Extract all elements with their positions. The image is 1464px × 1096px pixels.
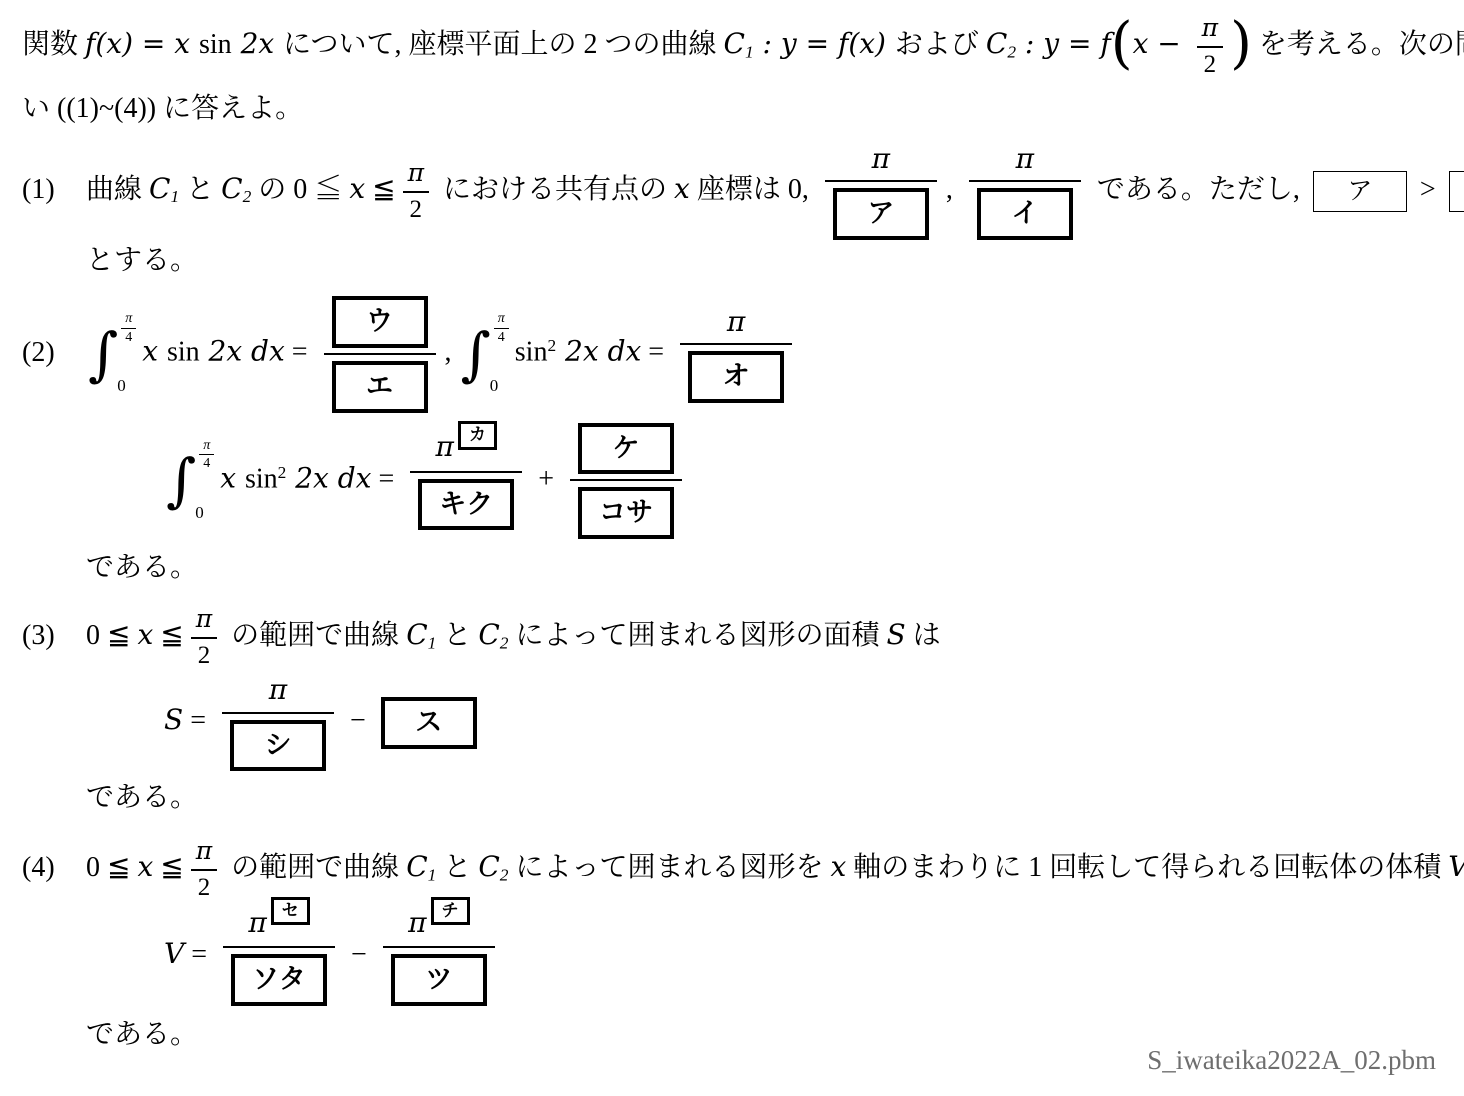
curve-c1: C	[406, 618, 427, 651]
curve-c2-subscript: 2	[243, 188, 252, 207]
intro-line-2: い ((1)~(4)) に答えよ。	[22, 90, 1442, 128]
integral-limits: π40	[121, 310, 136, 398]
p4-hanni: の範囲で曲線	[224, 852, 406, 883]
curve-c1-subscript: 1	[745, 43, 754, 62]
denominator-box: イ	[969, 180, 1081, 240]
integral-upper-limit: π4	[121, 310, 136, 345]
integral-lower-limit: 0	[117, 375, 136, 398]
answer-box-i: イ	[977, 188, 1073, 240]
variable-x: x	[137, 618, 153, 651]
variable-V: V	[1448, 850, 1464, 883]
comma: ,	[445, 337, 459, 368]
sin-squared-exponent: 2	[278, 463, 287, 482]
answer-box-e: エ	[332, 361, 428, 413]
exam-page: 関数 f(x) = x sin 2x について, 座標平面上の 2 つの曲線 C…	[0, 0, 1464, 1096]
comma: ,	[946, 174, 960, 205]
p1-no: の	[251, 174, 293, 205]
p1-to: と	[179, 174, 221, 205]
numerator-pi-pow-se: πセ	[223, 907, 335, 946]
integrand-tail: 2x dx	[200, 335, 285, 368]
answer-box-shi: シ	[230, 720, 326, 772]
fraction-denominator-2: 2	[191, 869, 217, 903]
p3-kakomareru: によって囲まれる図形の面積	[508, 620, 886, 651]
problem-1-label: (1)	[22, 171, 86, 209]
inequality-pre: 0 ≦	[86, 620, 137, 651]
answer-box-se: セ	[271, 897, 310, 925]
fraction-pi-over-shi: πシ	[222, 674, 334, 771]
equals: =	[285, 337, 315, 368]
curve-c1-subscript: 1	[170, 188, 179, 207]
integrand-tail: 2x dx	[286, 461, 371, 494]
problem-2-line-2: ∫π40x sin2 2x dx = πカキク + ケコサ	[22, 423, 1442, 540]
numerator-pi: π	[969, 143, 1081, 180]
integral-icon: ∫	[166, 453, 196, 508]
equals: =	[641, 337, 671, 368]
integral-2: ∫π40	[461, 310, 509, 398]
limit-fraction-pi-over-4: π4	[199, 438, 214, 472]
p4-to: と	[436, 852, 478, 883]
answer-box-tsu: ツ	[391, 954, 487, 1006]
inequality-post: ≦	[153, 852, 183, 883]
fraction-pi-over-2: π2	[191, 837, 217, 903]
variable-S: S	[886, 618, 905, 651]
curve-c2: C	[478, 850, 499, 883]
inequality-pre: 0 ≦	[293, 174, 349, 205]
p1-kyokusen: 曲線	[86, 174, 149, 205]
curve-c2: C	[986, 27, 1007, 60]
denominator-box: ソタ	[223, 946, 335, 1006]
fraction-numerator-pi: π	[191, 605, 217, 637]
problem-4-label: (4)	[22, 849, 86, 887]
fraction-numerator-pi: π	[403, 159, 429, 191]
problem-4-line: (4)0 ≦ x ≦π2 の範囲で曲線 C1 と C2 によって囲まれる図形を …	[22, 837, 1442, 903]
integral-upper-limit: π4	[494, 310, 509, 345]
minus: −	[344, 939, 374, 970]
numerator-box: ケ	[570, 423, 682, 480]
p1-tadashi: である。ただし,	[1090, 174, 1307, 205]
curve-c2-subscript: 2	[1007, 43, 1016, 62]
intro-about: について, 座標平面上の 2 つの曲線	[283, 29, 723, 60]
answer-box-ke: ケ	[578, 423, 674, 475]
limit-4: 4	[494, 328, 509, 345]
integral-icon: ∫	[88, 327, 118, 382]
integrand-x: x	[220, 461, 245, 494]
p4-kakomareru: によって囲まれる図形を	[508, 852, 830, 883]
ref-box-a: ア	[1313, 171, 1407, 212]
curve-c1: C	[406, 850, 427, 883]
ref-box-i: イ	[1449, 171, 1464, 212]
intro-kansu: 関数	[22, 29, 85, 60]
function-definition-tail: 2x	[232, 27, 283, 60]
limit-pi: π	[199, 438, 214, 454]
minus: −	[343, 705, 373, 736]
fraction-pi-over-box-i: πイ	[969, 143, 1081, 240]
page-footer-filename: S_iwateika2022A_02.pbm	[1147, 1042, 1436, 1078]
plus: +	[531, 463, 561, 494]
variable-x: x	[137, 850, 153, 883]
equals: =	[183, 705, 213, 736]
problem-4-equation: V = πセソタ − πチツ	[22, 907, 1442, 1006]
p3-wa: は	[906, 620, 941, 651]
fraction-pi-over-2: π2	[403, 159, 429, 225]
numerator-pi: π	[248, 906, 266, 939]
inequality-post: ≦	[365, 174, 395, 205]
numerator-pi: π	[408, 906, 426, 939]
denominator-box: ア	[825, 180, 937, 240]
denominator-box: シ	[222, 712, 334, 772]
equals: =	[184, 939, 214, 970]
fraction-pi-pow-chi-over-tsu: πチツ	[383, 907, 495, 1006]
integrand-x: x	[142, 335, 167, 368]
denominator-box: エ	[324, 353, 436, 413]
p3-to: と	[436, 620, 478, 651]
fraction-denominator-2: 2	[1197, 46, 1223, 80]
denominator-box: ツ	[383, 946, 495, 1006]
variable-S: S	[164, 703, 183, 736]
integral-icon: ∫	[461, 327, 491, 382]
x-minus: x −	[1133, 27, 1190, 60]
limit-4: 4	[121, 328, 136, 345]
integral-1: ∫π40	[88, 310, 136, 398]
limit-pi: π	[121, 311, 136, 327]
p1-zahyo: 座標は 0,	[690, 174, 816, 205]
variable-V: V	[164, 937, 184, 970]
denominator-box: コサ	[570, 479, 682, 539]
integral-lower-limit: 0	[195, 502, 214, 525]
denominator-box: キク	[410, 471, 522, 531]
answer-box-o: オ	[688, 351, 784, 403]
greater-than: >	[1413, 174, 1443, 205]
limit-fraction-pi-over-4: π4	[494, 311, 509, 345]
integral-limits: π40	[494, 310, 509, 398]
answer-box-su: ス	[381, 697, 477, 749]
integral-limits: π40	[199, 437, 214, 525]
curve-c1-subscript: 1	[428, 633, 437, 652]
problem-3-closing: である。	[22, 779, 1442, 817]
variable-x: x	[349, 172, 365, 205]
answer-box-kosa: コサ	[578, 487, 674, 539]
p1-kyoyuten: における共有点の	[436, 174, 674, 205]
sin-symbol: sin	[245, 463, 278, 494]
answer-box-kiku: キク	[418, 479, 514, 531]
problem-2-line-1: (2)∫π40x sin 2x dx = ウエ, ∫π40sin2 2x dx …	[22, 296, 1442, 413]
fraction-numerator-pi: π	[1197, 14, 1223, 46]
sin-symbol: sin	[199, 29, 232, 60]
curve-c2: C	[478, 618, 499, 651]
fraction-pi-pow-se-over-sota: πセソタ	[223, 907, 335, 1006]
numerator-pi-pow-chi: πチ	[383, 907, 495, 946]
limit-fraction-pi-over-4: π4	[121, 311, 136, 345]
problem-3-line: (3)0 ≦ x ≦π2 の範囲で曲線 C1 と C2 によって囲まれる図形の面…	[22, 605, 1442, 671]
answer-box-chi: チ	[431, 897, 470, 925]
fraction-denominator-2: 2	[403, 191, 429, 225]
variable-x: x	[674, 172, 690, 205]
open-paren: (	[1111, 11, 1133, 76]
fraction-pi-pow-ka-over-kiku: πカキク	[410, 431, 522, 530]
numerator-pi: π	[436, 430, 454, 463]
answer-box-a: ア	[833, 188, 929, 240]
problem-2-closing: である。	[22, 549, 1442, 587]
problem-3-label: (3)	[22, 617, 86, 655]
curve-c1: C	[724, 27, 745, 60]
curve-c1-subscript: 1	[428, 866, 437, 885]
p3-hanni: の範囲で曲線	[224, 620, 406, 651]
sin-symbol: sin	[167, 337, 200, 368]
integral-lower-limit: 0	[490, 375, 509, 398]
fraction-ke-over-kosa: ケコサ	[570, 423, 682, 540]
problem-3-equation: S = πシ − ス	[22, 674, 1442, 771]
inequality-pre: 0 ≦	[86, 852, 137, 883]
intro-oyobi: および	[895, 29, 986, 60]
problem-2-label: (2)	[22, 334, 86, 372]
curve-c2: C	[221, 172, 242, 205]
sin-squared-exponent: 2	[547, 336, 556, 355]
answer-box-u: ウ	[332, 296, 428, 348]
numerator-box: ウ	[324, 296, 436, 353]
fraction-pi-over-box-a: πア	[825, 143, 937, 240]
intro-line-1: 関数 f(x) = x sin 2x について, 座標平面上の 2 つの曲線 C…	[22, 14, 1442, 80]
fraction-pi-over-2: π2	[1197, 14, 1223, 80]
curve-c1-equation: : y = f(x)	[754, 27, 895, 60]
variable-x: x	[830, 850, 846, 883]
numerator-pi-pow-ka: πカ	[410, 431, 522, 470]
denominator-box: オ	[680, 343, 792, 403]
function-definition: f(x) = x	[85, 27, 199, 60]
numerator-pi: π	[222, 674, 334, 711]
integral-upper-limit: π4	[199, 437, 214, 472]
numerator-pi: π	[680, 306, 792, 343]
limit-pi: π	[494, 311, 509, 327]
fraction-box-u-over-box-e: ウエ	[324, 296, 436, 413]
integral-3: ∫π40	[166, 437, 214, 525]
fraction-denominator-2: 2	[191, 637, 217, 671]
fraction-pi-over-2: π2	[191, 605, 217, 671]
close-paren: )	[1230, 11, 1252, 76]
fraction-pi-over-box-o: πオ	[680, 306, 792, 403]
numerator-pi: π	[825, 143, 937, 180]
curve-c2-equation: : y = f	[1016, 27, 1111, 60]
sin-symbol: sin	[515, 337, 548, 368]
answer-box-sota: ソタ	[231, 954, 327, 1006]
intro-tail: を考える。次の問	[1252, 29, 1464, 60]
limit-4: 4	[199, 454, 214, 471]
inequality-post: ≦	[153, 620, 183, 651]
fraction-numerator-pi: π	[191, 837, 217, 869]
integrand-tail: 2x dx	[556, 335, 641, 368]
problem-1-closing: とする。	[22, 242, 1442, 280]
p4-jiku: 軸のまわりに 1 回転して得られる回転体の体積	[846, 852, 1448, 883]
curve-c1: C	[149, 172, 170, 205]
equals: =	[371, 463, 401, 494]
answer-box-ka: カ	[458, 421, 497, 449]
problem-1-line: (1)曲線 C1 と C2 の 0 ≦ x ≦π2 における共有点の x 座標は…	[22, 143, 1442, 240]
